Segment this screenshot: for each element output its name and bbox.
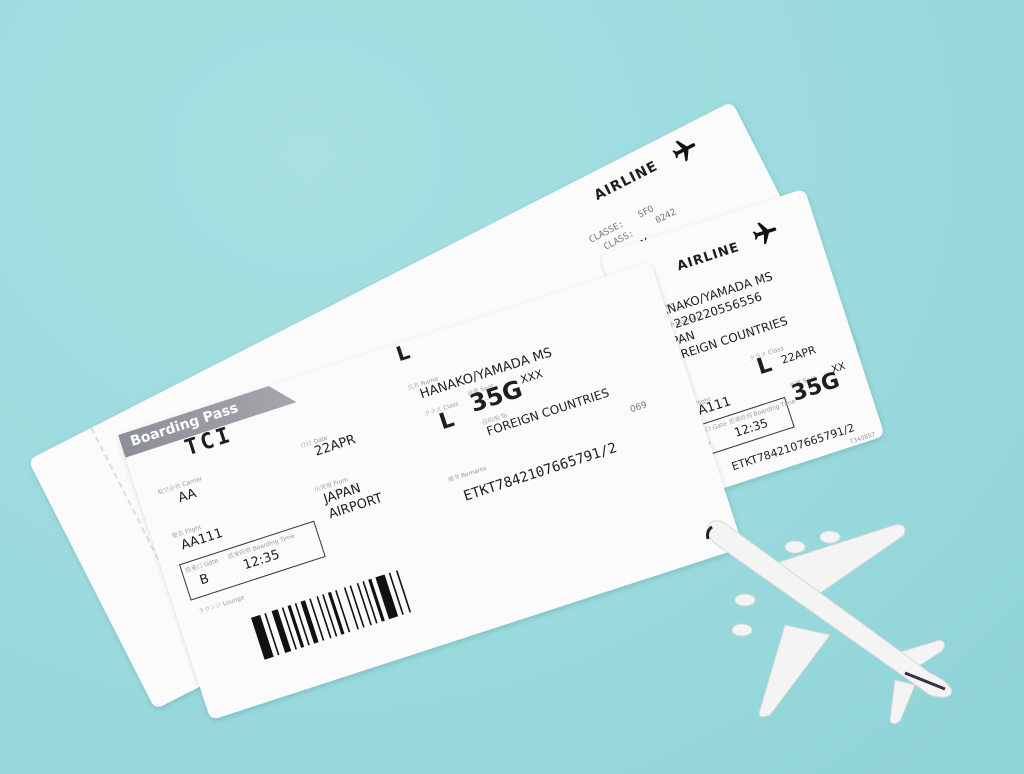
barcode — [251, 571, 407, 659]
class: L — [436, 407, 457, 435]
classe-value: SFO — [637, 204, 656, 220]
toy-airplane — [690, 505, 970, 735]
stub-seat-note: XX — [830, 361, 846, 376]
seat-note: XXX — [519, 367, 545, 386]
sequence: 069 — [629, 400, 648, 415]
airplane-icon — [666, 131, 704, 169]
airplane-icon — [748, 215, 783, 250]
remarks-label: 備考 Remarks — [447, 463, 488, 484]
stub-date: 22APR — [780, 343, 818, 366]
class-value: 0242 — [654, 207, 678, 226]
class-top: L — [393, 340, 413, 367]
stub-class: L — [754, 352, 775, 380]
gate: B — [198, 571, 211, 588]
stub-brand: AIRLINE — [675, 240, 741, 274]
